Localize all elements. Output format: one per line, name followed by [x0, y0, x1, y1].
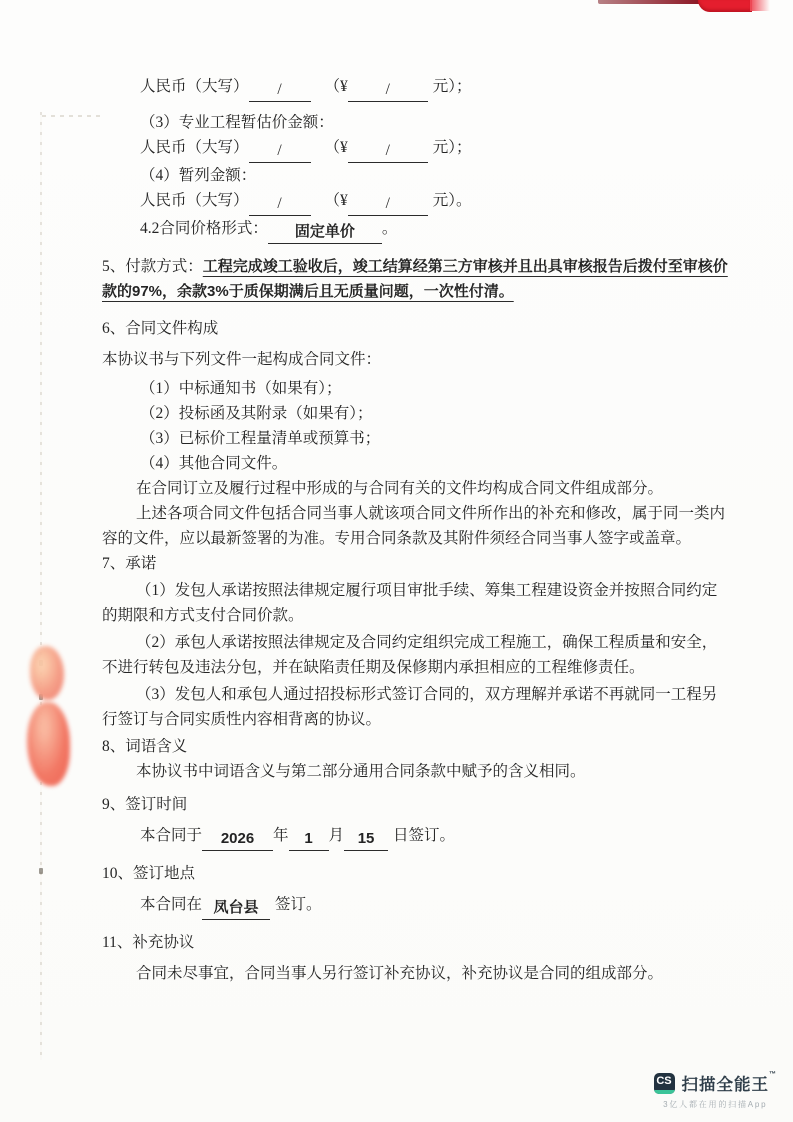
rmb-label: 人民币（大写）	[140, 192, 249, 209]
yen-close: 元）；	[433, 78, 472, 95]
section-6-heading: 6、合同文件构成	[102, 316, 730, 341]
blank-field-slash: /	[249, 195, 311, 216]
section-10-heading: 10、签订地点	[102, 861, 730, 886]
rmb-label: 人民币（大写）	[140, 139, 249, 156]
signing-place-suffix: 签订。	[275, 896, 322, 913]
contract-document-item: （1）中标通知书（如果有）；	[102, 376, 730, 401]
provisional-sum-item-4-label: （4）暂列金额：	[102, 163, 730, 188]
contract-price-form-label: 4.2合同价格形式：	[140, 220, 268, 237]
pink-smudge-bottom	[27, 702, 70, 786]
yen-open: （¥	[325, 192, 348, 209]
camscanner-logo-icon: CS	[654, 1073, 675, 1094]
section-11-heading: 11、补充协议	[102, 930, 730, 955]
camscanner-brand-name: 扫描全能王™	[682, 1071, 778, 1095]
yen-open: （¥	[325, 78, 348, 95]
section-9-heading: 9、签订时间	[102, 792, 730, 817]
month-label: 月	[329, 827, 345, 844]
red-object-fade	[750, 0, 770, 11]
signing-place-prefix: 本合同在	[140, 896, 202, 913]
rmb-amount-line-3: 人民币（大写）/（¥/元）。	[102, 188, 730, 216]
year-label: 年	[273, 827, 289, 844]
fold-mark	[39, 868, 43, 874]
payment-terms-section: 5、付款方式：工程完成竣工验收后，竣工结算经第三方审核并且出具审核报告后拨付至审…	[102, 254, 730, 304]
blank-field-slash: /	[249, 81, 311, 102]
trademark-symbol: ™	[769, 1071, 777, 1078]
yen-close: 元）。	[433, 192, 472, 209]
sign-month-field: 1	[289, 830, 329, 851]
signing-date-suffix: 日签订。	[393, 827, 455, 844]
section-7-heading: 7、承诺	[102, 551, 730, 576]
yen-open: （¥	[325, 139, 348, 156]
section-6-paragraph-2: 上述各项合同文件包括合同当事人就该项合同文件所作出的补充和修改，属于同一类内容的…	[102, 501, 730, 551]
sign-year-field: 2026	[202, 830, 273, 851]
rmb-amount-line-1: 人民币（大写）/（¥/元）；	[102, 74, 730, 102]
contract-document-item: （4）其他合同文件。	[102, 451, 730, 476]
pink-smudge-top	[30, 646, 64, 700]
red-object-thin-edge	[598, 0, 702, 4]
section-8-heading: 8、词语含义	[102, 734, 730, 759]
fold-crease-line	[40, 112, 42, 1060]
scanned-contract-page: 人民币（大写）/（¥/元）； （3）专业工程暂估价金额： 人民币（大写）/（¥/…	[0, 0, 793, 1122]
sign-place-field: 凤台县	[202, 899, 270, 920]
contract-document-item: （2）投标函及其附录（如果有）；	[102, 401, 730, 426]
blank-field-slash: /	[348, 195, 428, 216]
signing-date-line: 本合同于2026年1月15日签订。	[102, 823, 730, 851]
commitment-paragraph: （1）发包人承诺按照法律规定履行项目审批手续、筹集工程建设资金并按照合同约定的期…	[102, 578, 730, 628]
section-8-paragraph: 本协议书中词语含义与第二部分通用合同条款中赋予的含义相同。	[102, 759, 730, 784]
camscanner-watermark: CS 扫描全能王™ 3亿人都在用的扫描App	[654, 1071, 778, 1110]
payment-terms-heading: 5、付款方式：	[102, 258, 203, 275]
red-object-top-edge	[598, 0, 770, 14]
contract-price-form-field: 固定单价	[268, 223, 382, 244]
rmb-amount-line-2: 人民币（大写）/（¥/元）；	[102, 135, 730, 163]
sign-day-field: 15	[344, 830, 388, 851]
signing-place-line: 本合同在凤台县签订。	[102, 892, 730, 920]
yen-close: 元）；	[433, 139, 472, 156]
section-6-intro: 本协议书与下列文件一起构成合同文件：	[102, 347, 730, 372]
commitment-paragraph: （3）发包人和承包人通过招投标形式签订合同的，双方理解并承诺不再就同一工程另行签…	[102, 682, 730, 732]
section-6-paragraph-1: 在合同订立及履行过程中形成的与合同有关的文件均构成合同文件组成部分。	[102, 476, 730, 501]
camscanner-tagline: 3亿人都在用的扫描App	[654, 1099, 778, 1110]
signing-date-prefix: 本合同于	[140, 827, 202, 844]
contract-document-item: （3）已标价工程量清单或预算书；	[102, 426, 730, 451]
commitment-paragraph: （2）承包人承诺按照法律规定及合同约定组织完成工程施工，确保工程质量和安全，不进…	[102, 630, 730, 680]
crease-smudge	[42, 115, 104, 117]
blank-field-slash: /	[348, 142, 428, 163]
section-11-paragraph: 合同未尽事宜，合同当事人另行签订补充协议，补充协议是合同的组成部分。	[102, 961, 730, 986]
blank-field-slash: /	[348, 81, 428, 102]
period: 。	[382, 220, 398, 237]
blank-field-slash: /	[249, 142, 311, 163]
provisional-price-item-3-label: （3）专业工程暂估价金额：	[102, 110, 730, 135]
rmb-label: 人民币（大写）	[140, 78, 249, 95]
red-object-blob	[698, 0, 752, 12]
contract-price-form-line: 4.2合同价格形式：固定单价。	[102, 216, 730, 244]
contract-body: 人民币（大写）/（¥/元）； （3）专业工程暂估价金额： 人民币（大写）/（¥/…	[102, 74, 730, 986]
